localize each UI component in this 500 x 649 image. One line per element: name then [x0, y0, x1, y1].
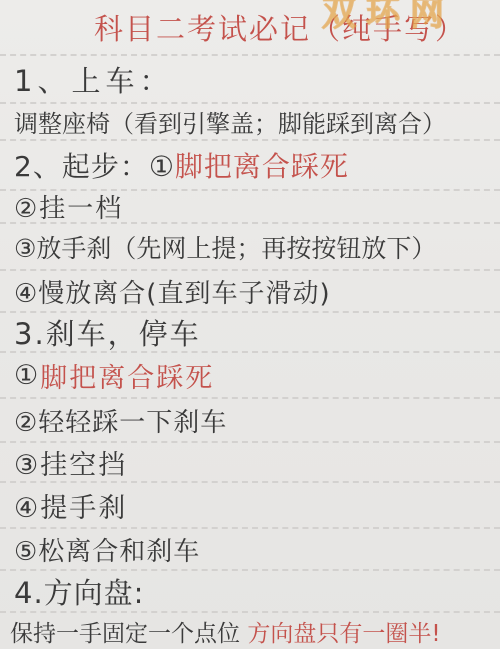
section-1-get-in-car: 1、上车：: [0, 56, 500, 104]
line-steering-tip: 保持一手固定一个点位 方向盘只有一圈半!: [0, 613, 500, 649]
note-lines: 科目二考试必记（纯手写）1、上车：调整座椅（看到引擎盖；脚能踩到离合）2、起步：…: [0, 0, 500, 649]
text-segment: 脚把离合踩死: [175, 145, 349, 185]
text-segment: 4.方向盘:: [14, 571, 144, 612]
text-segment: ②轻轻踩一下刹车: [14, 402, 227, 439]
line-adjust-seat: 调整座椅（看到引擎盖；脚能踩到离合）: [0, 104, 500, 141]
notebook-page: 双环网 科目二考试必记（纯手写）1、上车：调整座椅（看到引擎盖；脚能踩到离合）2…: [0, 0, 500, 649]
text-segment: 保持一手固定一个点位: [10, 615, 247, 648]
section-2-start-off: 2、起步：①脚把离合踩死: [0, 141, 500, 191]
text-segment: 科目二考试必记（纯手写）: [94, 7, 466, 48]
text-segment: ④慢放离合(直到车子滑动): [14, 273, 331, 310]
step-neutral-gear: ③挂空挡: [0, 443, 500, 483]
text-segment: ②挂一档: [14, 188, 123, 225]
title-line: 科目二考试必记（纯手写）: [0, 0, 500, 56]
text-segment: ④提手刹: [14, 486, 127, 525]
text-segment: ③放手刹（先网上提；再按按钮放下）: [14, 229, 436, 265]
text-segment: 方向盘只有一圈半!: [247, 615, 440, 648]
text-segment: 1、上车：: [14, 59, 173, 100]
text-segment: ③挂空挡: [14, 443, 127, 482]
text-segment: 脚把离合踩死: [40, 356, 214, 395]
step-shift-first-gear: ②挂一档: [0, 191, 500, 224]
step-release-clutch-and-brake: ⑤松离合和刹车: [0, 529, 500, 571]
text-segment: ⑤松离合和刹车: [14, 531, 200, 568]
text-segment: ①: [14, 360, 40, 391]
step-pull-handbrake: ④提手刹: [0, 483, 500, 529]
text-segment: 调整座椅（看到引擎盖；脚能踩到离合）: [14, 104, 446, 139]
step-slow-release-clutch: ④慢放离合(直到车子滑动): [0, 271, 500, 313]
section-3-brake-stop: 3.刹车，停车: [0, 313, 500, 353]
text-segment: 3.刹车，停车: [14, 312, 201, 353]
section-4-steering-wheel: 4.方向盘:: [0, 571, 500, 613]
step-clutch-fully-down: ①脚把离合踩死: [0, 353, 500, 399]
text-segment: 2、起步：①: [14, 145, 175, 185]
step-release-handbrake: ③放手刹（先网上提；再按按钮放下）: [0, 224, 500, 271]
step-gentle-brake: ②轻轻踩一下刹车: [0, 399, 500, 443]
